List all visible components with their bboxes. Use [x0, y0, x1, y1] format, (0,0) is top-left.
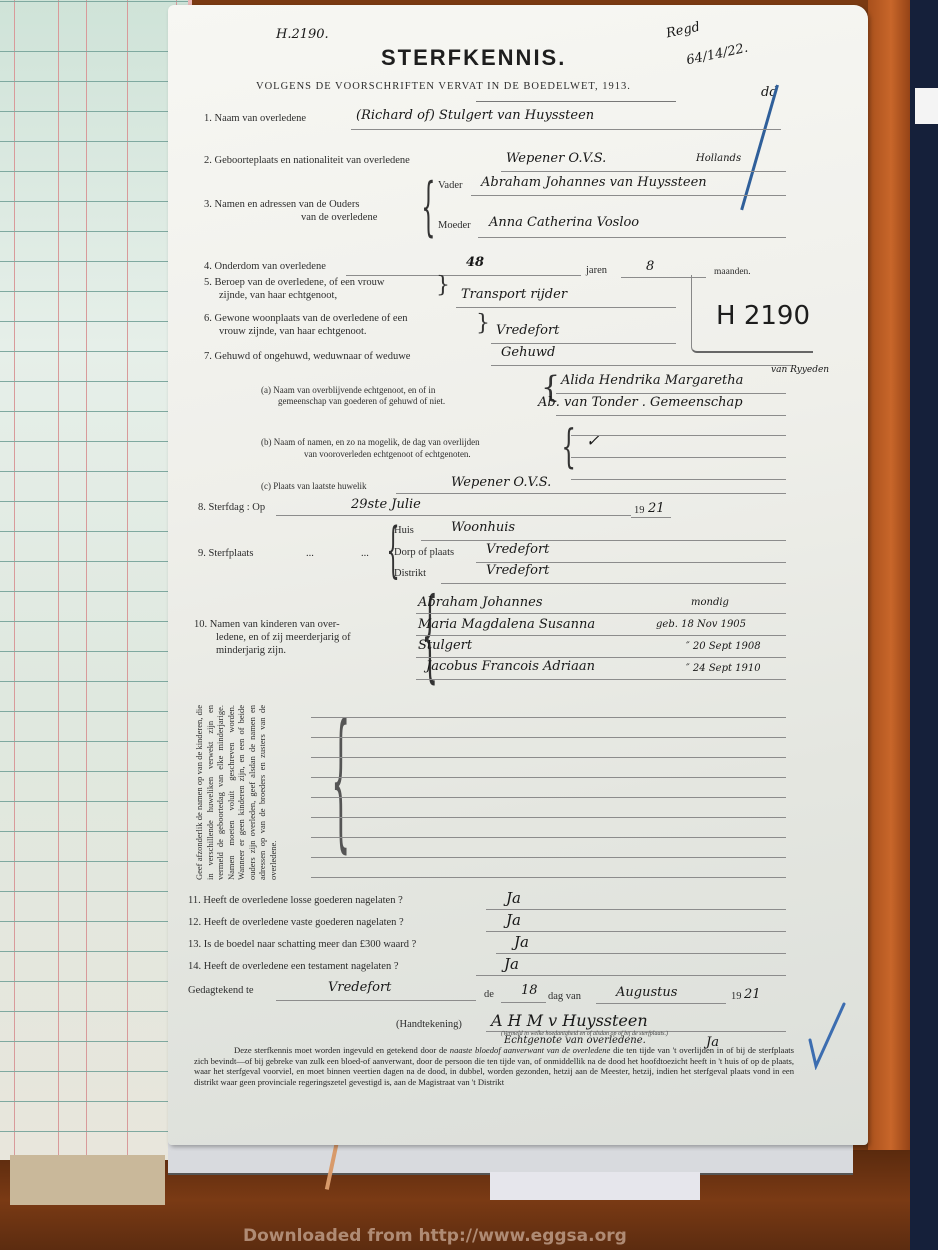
field-11-value: Ja [506, 889, 521, 907]
field-7b-label-2: van vooroverleden echtgenoot of echtgeno… [304, 449, 471, 459]
footer-intro: Deze sterfkennis moet worden ingevuld en… [194, 1045, 447, 1055]
background-cloth [910, 0, 938, 1250]
field-13-value: Ja [514, 933, 529, 951]
ledger-green-rules [0, 0, 188, 1160]
field-6-label-2: vrouw zijnde, van haar echtgenoot. [219, 326, 367, 337]
child-line [416, 635, 786, 636]
table-edge [868, 0, 914, 1250]
watermark: Downloaded from http://www.eggsa.org [243, 1226, 627, 1246]
father-label: Vader [438, 180, 463, 191]
field-1-value: (Richard of) Stulgert van Huyssteen [356, 108, 594, 123]
field-7-value: Gehuwd [501, 345, 555, 360]
child-status: geb. 18 Nov 1905 [656, 619, 746, 630]
field-1-line [351, 129, 781, 130]
field-7c-label: (c) Plaats van laatste huwelik [261, 481, 366, 491]
ledger-left-page [0, 0, 192, 1160]
field-5-label: 5. Beroep van de overledene, of een vrou… [204, 277, 384, 288]
title-rule [476, 101, 676, 102]
village-value: Vredefort [486, 542, 549, 557]
child-name: Abraham Johannes [418, 595, 543, 610]
field-7a-line-2 [556, 415, 786, 416]
field-14-line [476, 975, 786, 976]
field-3-label-2: van de overledene [301, 212, 377, 223]
field-7b-line-3 [571, 479, 786, 480]
field-5-label-2: zijnde, van haar echtgenoot, [219, 290, 337, 301]
signed-at-label: Gedagtekend te [188, 985, 254, 996]
age-months: 8 [646, 259, 654, 274]
death-year-suffix: 21 [648, 501, 665, 516]
age-years: 48 [466, 255, 484, 270]
house-line [421, 540, 786, 541]
field-13-line [496, 953, 786, 954]
spouse-name: Alida Hendrika Margaretha [561, 373, 743, 388]
death-year-line [631, 517, 671, 518]
field-14-value: Ja [504, 955, 519, 973]
field-11-label: 11. Heeft de overledene losse goederen n… [188, 895, 403, 906]
blank-line [311, 797, 786, 798]
death-year-prefix: 19 [634, 505, 645, 516]
field-10-label-3: minderjarig zijn. [216, 645, 286, 656]
field-6-line [491, 343, 676, 344]
field-2-label: 2. Geboorteplaats en nationaliteit van o… [204, 155, 410, 166]
month-value: Augustus [616, 985, 677, 1000]
child-status: ″ 20 Sept 1908 [686, 641, 761, 652]
blank-line [311, 877, 786, 878]
field-13-label: 13. Is de boedel naar schatting meer dan… [188, 939, 416, 950]
blue-checkmark-icon [806, 1000, 846, 1070]
field-7a-label: (a) Naam van overblijvende echtgenoot, e… [261, 385, 435, 395]
blue-pencil-stroke [740, 85, 779, 211]
background-paper-tab [915, 88, 938, 124]
field-2-value: Wepener O.V.S. [506, 151, 606, 166]
day-label: de [484, 989, 494, 1000]
child-name: Jacobus Francois Adriaan [426, 659, 595, 674]
child-line [416, 613, 786, 614]
blank-line [311, 817, 786, 818]
field-10-label: 10. Namen van kinderen van over- [194, 619, 340, 630]
years-label: jaren [586, 265, 607, 276]
child-status: mondig [691, 597, 729, 608]
field-3-label: 3. Namen en adressen van de Ouders [204, 199, 359, 210]
field-12-line [486, 931, 786, 932]
footer-italic: naaste bloedof aanverwant van de overled… [450, 1045, 611, 1055]
field-6-label: 6. Gewone woonplaats van de overledene o… [204, 313, 408, 324]
field-6-brace: } [476, 313, 490, 335]
spouse-name-insert: van Ryyeden [771, 365, 829, 375]
blank-line [311, 857, 786, 858]
field-9-dots-1: ... [306, 548, 314, 559]
footer-instructions: Deze sterfkennis moet worden ingevuld en… [194, 1045, 794, 1087]
field-11-line [486, 909, 786, 910]
spouse-community: Ab. van Tonder . Gemeenschap [538, 395, 743, 410]
day-value: 18 [521, 983, 538, 998]
mother-line [478, 237, 786, 238]
file-reference-handwritten: H.2190. [276, 27, 329, 42]
field-9-label: 9. Sterfplaats [198, 548, 253, 559]
children-instruction-note: Geef afzonderlik de namen op van de kind… [194, 705, 324, 880]
village-label: Dorp of plaats [394, 547, 454, 558]
day-line [501, 1002, 546, 1003]
blank-line [311, 717, 786, 718]
mother-label: Moeder [438, 220, 471, 231]
sign-year-suffix: 21 [744, 987, 761, 1002]
form-subtitle: VOLGENS DE VOORSCHRIFTEN VERVAT IN DE BO… [256, 81, 816, 92]
instruction-brace: { [331, 705, 350, 855]
blank-line [311, 777, 786, 778]
field-8-line [276, 515, 631, 516]
child-status: ″ 24 Sept 1910 [686, 663, 761, 674]
field-9-dots-2: ... [361, 548, 369, 559]
registered-annotation: Regd [665, 20, 701, 42]
field-4-label: 4. Onderdom van overledene [204, 261, 326, 272]
field-12-value: Ja [506, 911, 521, 929]
house-label: Huis [394, 525, 414, 536]
signed-at-value: Vredefort [328, 980, 391, 995]
death-date: 29ste Julie [351, 497, 421, 512]
field-7b-label: (b) Naam of namen, en zo na mogelik, de … [261, 437, 480, 447]
field-7-line [491, 365, 791, 366]
age-years-line [346, 275, 581, 276]
field-7a-line-1 [556, 393, 786, 394]
child-line [416, 657, 786, 658]
field-7a-label-2: gemeenschap van goederen of gehuwd of ni… [278, 396, 445, 406]
blank-line [311, 837, 786, 838]
blank-line [311, 757, 786, 758]
mother-value: Anna Catherina Vosloo [489, 215, 639, 230]
form-title: STERFKENNIS. [381, 45, 641, 71]
blank-line [311, 737, 786, 738]
field-1-label: 1. Naam van overledene [204, 113, 306, 124]
file-reference-stamp: H 2190 [716, 301, 810, 331]
signed-at-line [276, 1000, 476, 1001]
district-value: Vredefort [486, 563, 549, 578]
field-7b-brace: { [561, 423, 576, 469]
field-7c-value: Wepener O.V.S. [451, 475, 551, 490]
child-name: Maria Magdalena Susanna [418, 617, 595, 632]
month-label: dag van [548, 991, 581, 1002]
month-line [596, 1003, 726, 1004]
field-2-line [501, 171, 786, 172]
ledger-page-edge [10, 1155, 165, 1205]
house-value: Woonhuis [451, 520, 515, 535]
field-8-label: 8. Sterfdag : Op [198, 502, 265, 513]
signature-value: A H M v Huyssteen [491, 1011, 648, 1030]
death-notice-form: H.2190. Regd 64/14/22. dd STERFKENNIS. V… [168, 5, 868, 1145]
field-5-brace: } [436, 275, 450, 297]
child-line [416, 679, 786, 680]
registered-date: 64/14/22. [685, 41, 749, 69]
field-7-label: 7. Gehuwd of ongehuwd, weduwnaar of wedu… [204, 351, 410, 362]
field-3-brace: { [421, 175, 435, 239]
child-name: Stulgert [418, 638, 472, 653]
field-5-value: Transport rijder [461, 287, 567, 302]
torn-page-tab [490, 1172, 700, 1200]
district-line [441, 583, 786, 584]
field-7b-line-2 [571, 457, 786, 458]
father-line [471, 195, 786, 196]
father-value: Abraham Johannes van Huyssteen [481, 175, 707, 190]
field-14-label: 14. Heeft de overledene een testament na… [188, 961, 398, 972]
field-12-label: 12. Heeft de overledene vaste goederen n… [188, 917, 404, 928]
field-5-line [456, 307, 676, 308]
field-10-label-2: ledene, en of zij meerderjarig of [216, 632, 351, 643]
field-7b-checkmark: ✓ [586, 431, 599, 450]
field-7b-line-1 [571, 435, 786, 436]
signature-label: (Handtekening) [396, 1019, 462, 1030]
field-2-nationality: Hollands [696, 153, 741, 164]
field-6-value: Vredefort [496, 323, 559, 338]
sign-year-prefix: 19 [731, 991, 742, 1002]
field-7c-line [396, 493, 786, 494]
